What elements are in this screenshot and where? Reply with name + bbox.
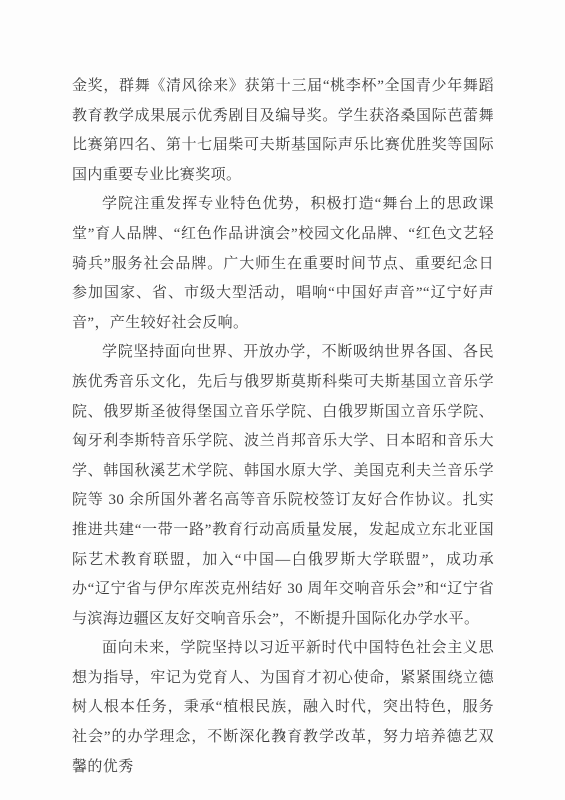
- paragraph-brand-building: 学院注重发挥专业特色优势，积极打造“舞台上的思政课堂”育人品牌、“红色作品讲演会…: [72, 190, 494, 338]
- page-number: 3: [0, 727, 565, 743]
- paragraph-continuation: 金奖，群舞《清风徐来》获第十三届“桃李杯”全国青少年舞蹈教育教学成果展示优秀剧目…: [72, 72, 494, 190]
- page-body: 金奖，群舞《清风徐来》获第十三届“桃李杯”全国青少年舞蹈教育教学成果展示优秀剧目…: [72, 72, 494, 782]
- document-page: 金奖，群舞《清风徐来》获第十三届“桃李杯”全国青少年舞蹈教育教学成果展示优秀剧目…: [0, 0, 565, 800]
- paragraph-future-outlook: 面向未来，学院坚持以习近平新时代中国特色社会主义思想为指导，牢记为党育人、为国育…: [72, 634, 494, 782]
- paragraph-international-cooperation: 学院坚持面向世界、开放办学，不断吸纳世界各国、各民族优秀音乐文化，先后与俄罗斯莫…: [72, 338, 494, 634]
